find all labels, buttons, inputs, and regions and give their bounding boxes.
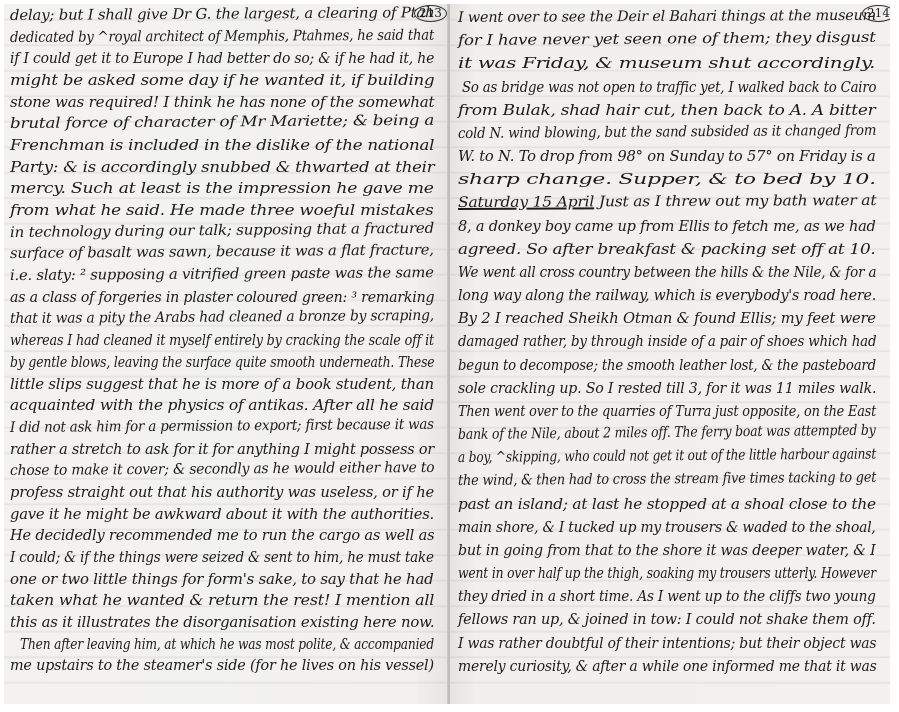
- manuscript-line: cold N. wind blowing, but the sand subsi…: [458, 122, 876, 143]
- manuscript-line: whereas I had cleaned it myself entirely…: [10, 332, 434, 350]
- page-bottom-margin: [4, 704, 890, 712]
- manuscript-line: merely curiosity, & after a while one in…: [458, 658, 877, 676]
- manuscript-line: i.e. slaty: ² supposing a vitrified gree…: [10, 264, 434, 285]
- manuscript-line: I was rather doubtful of their intention…: [458, 635, 876, 653]
- manuscript-line: I did not ask him for a permission to ex…: [10, 416, 434, 437]
- manuscript-line: one or two little things for form's sake…: [10, 571, 433, 589]
- manuscript-line: Party: & is accordingly snubbed & thwart…: [10, 159, 434, 177]
- manuscript-line: but in going from that to the shore it w…: [458, 542, 876, 560]
- manuscript-line: taken what he wanted & return the rest! …: [10, 592, 434, 610]
- manuscript-line: Then went over to the quarries of Turra …: [458, 403, 876, 421]
- manuscript-line: So as bridge was not open to traffic yet…: [462, 79, 876, 97]
- manuscript-line: for I have never yet seen one of them; t…: [458, 29, 876, 50]
- manuscript-line: I went over to see the Deir el Bahari th…: [458, 7, 876, 27]
- manuscript-line: brutal force of character of Mr Mariette…: [10, 112, 434, 133]
- manuscript-line: delay; but I shall give Dr G. the larges…: [10, 4, 435, 25]
- manuscript-line: that it was a pity the Arabs had cleaned…: [10, 307, 434, 328]
- manuscript-line: damaged rather, by through inside of a p…: [458, 333, 876, 351]
- manuscript-line: Saturday 15 April Just as I threw out my…: [458, 192, 876, 212]
- manuscript-line: chose to make it cover; & secondly as he…: [10, 459, 435, 480]
- date-heading: Saturday 15 April: [458, 195, 594, 212]
- manuscript-line: from Bulak, shad hair cut, then back to …: [458, 102, 875, 120]
- manuscript-line: a boy, ^skipping, who could not get it o…: [458, 446, 876, 467]
- manuscript-line: acquainted with the physics of antikas. …: [10, 397, 434, 415]
- manuscript-line: in technology during our talk; supposing…: [10, 219, 434, 241]
- manuscript-line: dedicated by ^royal architect of Memphis…: [10, 26, 434, 46]
- manuscript-line: surface of basalt was sawn, because it w…: [10, 242, 434, 264]
- manuscript-line: fellows ran up, & joined in tow: I could…: [458, 611, 876, 629]
- manuscript-line: little slips suggest that he is more of …: [10, 376, 434, 394]
- manuscript-line: sharp change. Supper, & to bed by 10.: [458, 171, 876, 189]
- manuscript-line: profess straight out that his authority …: [10, 484, 434, 502]
- manuscript-line: gave it he might be awkward about it wit…: [10, 506, 434, 524]
- manuscript-line: W. to N. To drop from 98° on Sunday to 5…: [458, 148, 876, 166]
- manuscript-line: by gentle blows, leaving the surface qui…: [10, 354, 434, 372]
- manuscript-line: as a class of forgeries in plaster colou…: [10, 289, 434, 307]
- manuscript-line: long way along the railway, which is eve…: [458, 287, 876, 305]
- manuscript-line: went in over half up the thigh, soaking …: [458, 565, 876, 583]
- manuscript-line: me upstairs to the steamer's side (for h…: [10, 657, 434, 675]
- right-page: 214 I went over to see the Deir el Bahar…: [450, 4, 890, 704]
- manuscript-line: past an island; at last he stopped at a …: [458, 496, 876, 514]
- manuscript-line: main shore, & I tucked up my trousers & …: [458, 519, 876, 537]
- manuscript-line: agreed. So after breakfast & packing set…: [458, 241, 876, 259]
- manuscript-line: He decidedly recommended me to run the c…: [10, 527, 434, 545]
- manuscript-line: We went all cross country between the hi…: [458, 264, 876, 282]
- manuscript-line: stone was required! I think he has none …: [10, 94, 434, 112]
- manuscript-line: By 2 I reached Sheikh Otman & found Elli…: [458, 310, 876, 328]
- manuscript-line: rather a stretch to ask for it for anyth…: [10, 441, 434, 459]
- manuscript-spread: 213 delay; but I shall give Dr G. the la…: [4, 4, 890, 704]
- manuscript-line: sole crackling up. So I rested till 3, f…: [458, 380, 876, 398]
- manuscript-line: if I could get it to Europe I had better…: [10, 50, 434, 68]
- manuscript-line: I could; & if the things were seized & s…: [10, 549, 434, 567]
- manuscript-line: the wind, & then had to cross the stream…: [458, 469, 876, 490]
- left-page: 213 delay; but I shall give Dr G. the la…: [4, 4, 448, 704]
- manuscript-line: bank of the Nile, about 2 miles off. The…: [458, 422, 876, 444]
- manuscript-line: might be asked some day if he wanted it,…: [10, 72, 434, 90]
- manuscript-line: from what he said. He made three woeful …: [10, 202, 434, 220]
- manuscript-line: Then after leaving him, at which he was …: [20, 636, 434, 654]
- manuscript-line: begun to decompose; the smooth leather l…: [458, 357, 876, 375]
- manuscript-line: 8, a donkey boy came up from Ellis to fe…: [458, 218, 876, 236]
- manuscript-line: mercy. Such at least is the impression h…: [10, 180, 434, 198]
- manuscript-line: this as it illustrates the disorganisati…: [10, 614, 434, 632]
- manuscript-line: Frenchman is included in the dislike of …: [10, 137, 434, 155]
- manuscript-line: they dried in a short time. As I went up…: [458, 588, 876, 606]
- manuscript-line: it was Friday, & museum shut accordingly…: [458, 55, 875, 73]
